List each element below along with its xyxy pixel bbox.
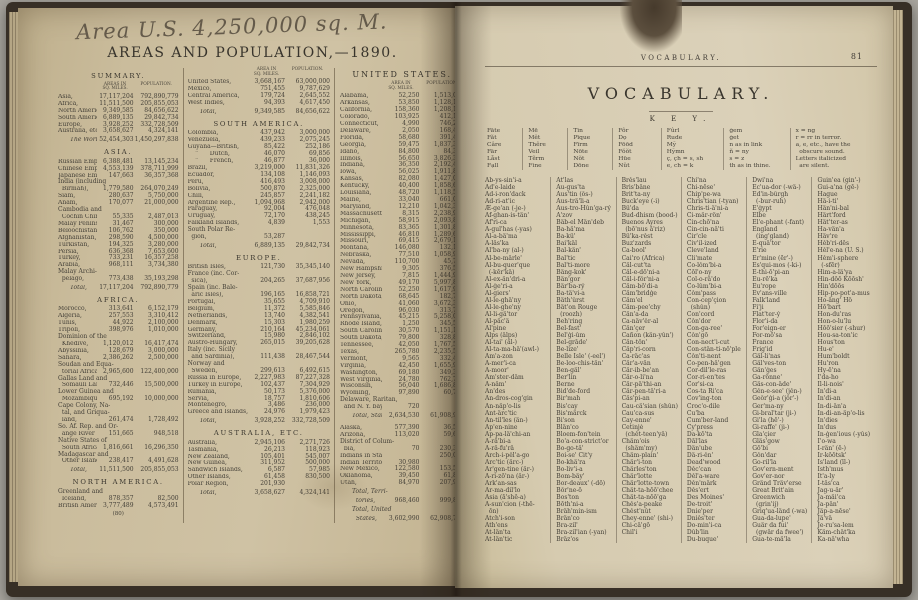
population-value: 122,400,000 — [134, 369, 179, 376]
vocab-entry: Af-ghan-is-tän' — [485, 212, 550, 219]
vocab-entry: Bud-dhism (bood-) — [622, 212, 681, 219]
vocab-entry: Dĕl'a-ware — [687, 473, 746, 480]
vocab-entry: Bräh'min-ism — [556, 508, 615, 515]
vocab-entry: Eu-rē'ka — [752, 276, 811, 283]
vocab-entry: Ad-i-ron'dack — [485, 191, 550, 198]
row-label: Rhode Island, — [340, 321, 382, 328]
row-label: Africa, — [58, 101, 97, 108]
vocab-entry: Al-ex-än'dri-a — [485, 276, 550, 283]
area-value: 3,658,627 — [97, 128, 134, 135]
vocab-entry: Cän'çer — [622, 325, 681, 332]
row-label: Tunis, — [58, 320, 97, 327]
vocab-entry: Al-tai' (äl-) — [485, 339, 550, 346]
area-value: 94,393 — [248, 100, 285, 107]
vocab-entry: Ġer'ma-ny — [752, 403, 811, 410]
vocab-entry: Flat'ter-ý — [752, 311, 811, 318]
vocab-column: Chi'naChi-nēse'Chip'pe-waChris'tian (-ty… — [681, 177, 746, 543]
area-value: 3,928,252 — [248, 418, 285, 425]
vocab-entry: Gui-a'na (gē-) — [817, 184, 876, 191]
table-row: Uruguay,72,170438,245 — [188, 213, 330, 220]
row-label: Kentucky, — [340, 183, 382, 190]
vocab-entry: Gän'ġes — [752, 367, 811, 374]
population-value: 36,357,368 — [134, 173, 179, 180]
vocab-entry: Cau'ca-sus — [622, 410, 681, 417]
column-united-states: UNITED STATES.AREA IN SQ. MILES.POPULATI… — [335, 68, 464, 523]
vocab-entry: Cäl-cut'ta — [622, 262, 681, 269]
vocab-entry: Cir'cle — [687, 233, 746, 240]
vocab-entry: Cor-ri-en'tes — [687, 374, 746, 381]
row-label: West Indies, — [188, 100, 248, 107]
vocab-entry: (shŭn) — [687, 304, 746, 311]
row-label: Iceland, — [58, 496, 97, 503]
vocab-entry: Ap'en-nine — [485, 424, 550, 431]
vocab-entry: Cäm-bō'di-a — [622, 283, 681, 290]
vocab-entry: Great Brit'ain — [752, 487, 811, 494]
key-entry: Hỹmn — [667, 149, 724, 156]
key-entry: th as in thine. — [729, 163, 789, 170]
vocab-entry: Hin-dōō Kōōsh' — [817, 276, 876, 283]
vocab-entry: Bär'ba-rý — [556, 283, 615, 290]
vocab-entry: Dniĕs'ter — [687, 515, 746, 522]
vocab-entry: Cär'a-vän — [622, 360, 681, 367]
row-label: Guyana—British, — [188, 144, 248, 151]
vocab-entry: Bü'da — [622, 205, 681, 212]
area-header: AREA IN SQ. MILES. — [382, 82, 419, 91]
vocab-entry: I'o-wa — [817, 438, 876, 445]
row-label: Beloochistan, — [58, 228, 97, 235]
row-label: California, — [340, 107, 382, 114]
row-label: Indiana, — [340, 162, 382, 169]
row-label: pelago, — [58, 276, 97, 283]
page-number: 81 — [851, 52, 863, 61]
row-label: Bolivia, — [188, 186, 248, 193]
row-label: ” French, — [188, 158, 248, 165]
key-entry: Făt — [487, 135, 522, 142]
vocab-entry: Gäl-li'nas — [752, 353, 811, 360]
key-entry: Fāte — [487, 128, 522, 135]
vocab-entry: Co-pen-hä'gen — [687, 360, 746, 367]
table-row: The World,52,454,3031,450,297,838 — [58, 137, 179, 144]
vocab-entry: Bōth'ni-a — [556, 501, 615, 508]
vocab-entry: Jä'vä — [817, 515, 876, 522]
row-label: Venezuela, — [188, 137, 248, 144]
population-value: 205,855,053 — [134, 467, 179, 474]
vocab-entry: El'e-phant (-fant) — [752, 219, 811, 226]
vocab-entry: Cli'mate — [687, 255, 746, 262]
torn-cover-spot — [620, 0, 682, 52]
row-label: Denmark, — [188, 320, 248, 327]
vocab-entry: Chĕst'nŭt — [622, 508, 681, 515]
row-label: Morocco, — [58, 306, 97, 313]
table-row: Other Islands,238,4174,491,628 — [58, 458, 179, 465]
vocab-entry: Be-loo-chis-tän' — [556, 360, 615, 367]
row-label: British America, — [58, 503, 97, 510]
vocab-entry: Chris-ti-ä'ni-a — [687, 205, 746, 212]
key-column: MēMĕtThêreVeilTẽrmFine — [522, 128, 567, 170]
vocab-entry: Chip'pe-wa — [687, 191, 746, 198]
vocab-entry: I-rän' (ē-) — [817, 445, 876, 452]
population-value: 1,553 — [285, 220, 330, 227]
area-value: 121,730 — [248, 264, 285, 271]
area-value: 3,602,990 — [382, 516, 419, 523]
table-row: States,3,602,99062,908,750 — [340, 516, 464, 523]
vocab-entry: Al-päc'ä — [485, 318, 550, 325]
row-label: Total, — [188, 490, 248, 497]
area-value: 4,839 — [248, 220, 285, 227]
vocab-entry: Bel-fast' — [556, 325, 615, 332]
vocab-entry: (ing'gland) — [752, 233, 811, 240]
key-entry: Fûrl — [667, 128, 724, 135]
vocab-entry: In-di-an-äp'o-lis — [817, 410, 876, 417]
vocab-entry: Jag-u-är' — [817, 487, 876, 494]
vocab-entry: Berne — [556, 381, 615, 388]
vocab-entry: Greenwich — [752, 494, 811, 501]
vocab-entry: Er'mine (ẽr'-) — [752, 255, 811, 262]
vocab-entry: Be-lize' — [556, 346, 615, 353]
vocab-entry: Ca-näv'ĕr-al — [622, 318, 681, 325]
row-label: Oregon, — [340, 308, 382, 315]
vocab-entry: Buck'eye (-i) — [622, 198, 681, 205]
vocab-entry: Cŏn'gō — [687, 332, 746, 339]
vocab-entry: Cŏm'pass — [687, 290, 746, 297]
vocab-entry: E-quä'tor — [752, 240, 811, 247]
row-label: Servia, — [188, 396, 248, 403]
population-value: 35,193,298 — [134, 276, 179, 283]
population-value: 1,450,297,838 — [134, 137, 179, 144]
row-label: New Zealand, — [188, 454, 248, 461]
vocab-entry: Con-ga-ree' — [687, 325, 746, 332]
row-label: Maryland, — [340, 204, 382, 211]
spacer — [58, 83, 97, 92]
page-title-areas-population: AREAS AND POPULATION,—1890. — [58, 45, 447, 61]
vocab-entry: Bäth'ûrst — [556, 297, 615, 304]
column-headers: AREA IN SQ. MILES.POPULATION. — [188, 68, 330, 77]
vocab-entry: Atch'i-son — [485, 515, 550, 522]
vocab-entry: Hou-sa-ton'ic — [817, 332, 876, 339]
population-value: 10,000,000 — [134, 396, 179, 403]
population-value: 948,518 — [134, 431, 179, 438]
area-value: 84,970 — [382, 480, 419, 487]
table-row: West Indies,94,3934,617,450 — [188, 100, 330, 107]
section-heading: AFRICA. — [58, 296, 179, 304]
population-value: 332,728,509 — [285, 418, 330, 425]
row-label: Nevada, — [340, 259, 382, 266]
key-entry: Tẽrm — [528, 156, 567, 163]
vocab-entry: Af'ri-ca — [485, 219, 550, 226]
area-value: 53,287 — [248, 234, 285, 241]
vocab-entry: Bir'mah — [556, 395, 615, 402]
vocab-entry: Bal'tic — [556, 255, 615, 262]
page-stain — [298, 463, 368, 511]
row-label: New Jersey, — [340, 273, 382, 280]
vocab-entry: Do-min'i-ca — [687, 522, 746, 529]
row-label: Polar Region, — [188, 481, 248, 488]
vocab-entry: Con'cord — [687, 311, 746, 318]
vocab-entry: Cäp'ri-corn — [622, 346, 681, 353]
vocab-entry: Cär-ib-be'an — [622, 367, 681, 374]
row-label: Montenegro, — [188, 402, 248, 409]
vocab-entry: Bäb-el Män'deb — [556, 219, 615, 226]
row-label: Rumania, — [188, 389, 248, 396]
key-entry: ñ = ny — [729, 149, 789, 156]
row-label: Uruguay, — [188, 213, 248, 220]
row-label: Total, — [188, 243, 248, 250]
vocab-entry: Dnie'per — [687, 508, 746, 515]
stat-columns: SUMMARY.AREAS IN SQ. MILES.POPULATION.As… — [58, 68, 447, 523]
vocab-entry: Cos-ta Ri'ca — [687, 388, 746, 395]
key-entry: x = ng — [796, 128, 877, 135]
vocab-entry: Ba-hä'ma — [556, 226, 615, 233]
vocab-entry: Ap-pa-lä'chi-an — [485, 431, 550, 438]
row-label: Kansas, — [340, 176, 382, 183]
vocab-entry: Ad-ri-at'ic — [485, 198, 550, 205]
key-entry: Fōōd — [618, 142, 660, 149]
key-entry: Rude — [667, 135, 724, 142]
row-label: Idaho, — [340, 149, 382, 156]
vocab-entry: Arc'tic (ärc-) — [485, 459, 550, 466]
area-value: 265,015 — [248, 340, 285, 347]
population-value: 2,500,000 — [134, 355, 179, 362]
vocab-entry: (grin'ij) — [752, 501, 811, 508]
row-label: Turkistan, — [58, 242, 97, 249]
vocab-entry: Elbe — [752, 212, 811, 219]
vocab-entry: Chi-nēse' — [687, 184, 746, 191]
vocab-entry: Al-li-gä'tor — [485, 311, 550, 318]
area-value: 3,658,627 — [248, 490, 285, 497]
vocab-entry: In'dies — [817, 417, 876, 424]
table-row: Total,6,889,13529,842,734 — [188, 243, 330, 250]
vocab-entry: For'eign-er — [752, 325, 811, 332]
row-label: Chili, — [188, 193, 248, 200]
population-value: 4,617,450 — [285, 100, 330, 107]
vocab-entry: Bom-bäy' — [556, 473, 615, 480]
table-row: Total,3,928,252332,728,509 — [188, 418, 330, 425]
vocab-entry: Am'ster-däm — [485, 374, 550, 381]
vocab-column: Ab-ys-sin'i-aAd'e-laideAd-i-ron'dackAd-r… — [485, 177, 550, 543]
column-headers: AREA IN SQ. MILES.POPULATION. — [340, 82, 464, 91]
vocab-entry: Ġeôr'ġi-a (jôr'-) — [752, 395, 811, 402]
row-label: Greece and Islands, — [188, 409, 248, 416]
vocab-entry: Hum'boldt — [817, 353, 876, 360]
population-value: 4,324,141 — [134, 128, 179, 135]
vocab-entry: Cär-pen-tä'ri-a — [622, 388, 681, 395]
area-value: 70 — [382, 446, 419, 453]
section-heading: ASIA. — [58, 148, 179, 156]
vocab-entry: Ga-rönne' — [752, 374, 811, 381]
row-label: Total, States, — [340, 413, 382, 420]
vocab-entry: Guin'ea (gin'-) — [817, 177, 876, 184]
row-label: Mississippi, — [340, 232, 382, 239]
vocab-entry: Bo-liv'i-a — [556, 466, 615, 473]
vocab-entry: Asia (ā'shē-a) — [485, 494, 550, 501]
population-value: 28,467,544 — [285, 354, 330, 361]
vocab-entry: (-bur-ruh) — [752, 198, 811, 205]
vocab-entry: A-moor' — [485, 367, 550, 374]
row-label: Ohio, — [340, 301, 382, 308]
vocab-entry: Cay-enne' — [622, 417, 681, 424]
vocab-entry: Gläs'gow — [752, 438, 811, 445]
vocab-entry: Ca-räc'as — [622, 353, 681, 360]
vocab-entry: An-dros-cog'gin — [485, 395, 550, 402]
vocab-entry: Al-le-ghä'ny — [485, 297, 550, 304]
vocab-entry: Gäs-con-äde' — [752, 381, 811, 388]
vocab-entry: A'zov — [556, 212, 615, 219]
vocab-entry: An-näp'o-lis — [485, 403, 550, 410]
row-label: Montana, — [340, 245, 382, 252]
vocab-entry: Ġĕn-e-see' (jĕn-) — [752, 388, 811, 395]
area-header: AREAS IN SQ. MILES. — [97, 83, 134, 92]
vocab-entry: In'di-an — [817, 395, 876, 402]
table-row: Total, States,2,634,53061,908,906 — [340, 413, 464, 420]
population-value: 792,890,779 — [134, 285, 179, 292]
vocab-entry: Cetinjè — [622, 424, 681, 431]
population-header: POPULATION. — [134, 83, 179, 92]
vocab-entry: Griq'ua-länd (-wa) — [752, 508, 811, 515]
vocab-entry: Dän'ube — [687, 445, 746, 452]
vocab-entry: Bi'son — [556, 417, 615, 424]
vocab-entry: Gua-da-lupe' — [752, 515, 811, 522]
vocab-entry: Cäm'bridġe — [622, 290, 681, 297]
vocab-entry: Da-kō'ta — [687, 431, 746, 438]
population-value: 21,000,000 — [134, 200, 179, 207]
vocab-entry: For-mō'sa — [752, 332, 811, 339]
vocab-entry: Bid'de-ford — [556, 388, 615, 395]
vocab-entry: Chäm-plain' — [622, 452, 681, 459]
vocab-entry: Frig'id — [752, 346, 811, 353]
population-value: 15,500,000 — [134, 382, 179, 389]
row-label: Louisiana, — [340, 190, 382, 197]
vocab-entry: Härt'ford — [817, 212, 876, 219]
vocab-entry: France — [752, 339, 811, 346]
vocab-entry: Ar-ma-dil'lo — [485, 487, 550, 494]
vocab-entry: Arch-i-pĕl'a-go — [485, 452, 550, 459]
vocab-entry: Ja-mäi'ca — [817, 494, 876, 501]
key-entry: Låst — [487, 156, 522, 163]
vocab-entry: (shäm'my) — [622, 445, 681, 452]
vocab-entry: Dĕn'märk — [687, 480, 746, 487]
vocab-entry: Bo-go-tä' — [556, 445, 615, 452]
key-heading: K E Y. — [485, 115, 877, 123]
vocab-entry: Dĕc'can — [687, 466, 746, 473]
area-value: 170,077 — [97, 200, 134, 207]
key-entry: Thêre — [528, 142, 567, 149]
row-label: New Hampshire, — [340, 266, 382, 273]
vocab-entry: Je-ru'sa-lem — [817, 522, 876, 529]
key-entry: Fär — [487, 149, 522, 156]
row-label: Australia, etc., — [58, 128, 97, 135]
row-label: Tasmania, — [188, 447, 248, 454]
vocab-entry: (-sfēr) — [817, 262, 876, 269]
vocabulary-columns: Ab-ys-sin'i-aAd'e-laideAd-i-ron'dackAd-r… — [485, 177, 877, 543]
vocab-entry: A-mer'i-ca — [485, 360, 550, 367]
vocab-entry: Häv're — [817, 233, 876, 240]
row-label: Paraguay, — [188, 206, 248, 213]
row-label: gion, — [188, 234, 248, 241]
right-page-content: VOCABULARY. 81 VOCABULARY. K E Y. FāteFă… — [455, 6, 893, 588]
vocab-entry: Blän'co — [556, 424, 615, 431]
vocab-entry: Al'pine — [485, 325, 550, 332]
row-label: Alabama, — [340, 93, 382, 100]
vocab-entry: Cum'ber-land — [687, 417, 746, 424]
vocab-entry: Hōō'sier (-shur) — [817, 325, 876, 332]
vocab-entry: A-näm' — [485, 381, 550, 388]
population-value: 4,573,491 — [134, 503, 179, 510]
left-page-content: Area U.S. 4,250,000 sq. M. AREAS AND POP… — [18, 8, 455, 586]
vocab-entry: In'di-a — [817, 388, 876, 395]
vocab-entry: Brĕs'lau — [622, 177, 681, 184]
row-label: Florida, — [340, 135, 382, 142]
key-entry: Fŏŏt — [618, 149, 660, 156]
row-label: Nebraska, — [340, 252, 382, 259]
vocab-entry: Eu'rope — [752, 283, 811, 290]
vocab-entry: Him-a-lä'ya — [817, 269, 876, 276]
vocab-entry: Il-li-nois' — [817, 381, 876, 388]
vocab-entry: Ev'ans-ville — [752, 290, 811, 297]
key-entry: Dōne — [573, 163, 612, 170]
area-value: 9,349,585 — [248, 109, 285, 116]
row-label: Belgium, — [188, 306, 248, 313]
vocab-entry: Bôr'ne-ō — [556, 487, 615, 494]
section-heading: NORTH AMERICA. — [58, 478, 179, 486]
row-label: Colombia, — [188, 130, 248, 137]
vocab-entry: Ant-ärc'tic — [485, 410, 550, 417]
vocab-entry: Aus-trä'li-a — [556, 198, 615, 205]
row-label: Massachusetts, — [340, 211, 382, 218]
vocab-entry: Dŭb'lin — [687, 529, 746, 536]
table-row-wrap: Delaware, Raritan, — [340, 397, 464, 404]
spacer — [340, 82, 382, 91]
row-label: aric Isles), — [188, 292, 248, 299]
row-label: Delaware, — [340, 128, 382, 135]
row-label: Minnesota, — [340, 225, 382, 232]
vocab-entry: In-ġen'ious (-yŭs) — [817, 431, 876, 438]
vocab-entry: Ba-kü' — [556, 233, 615, 240]
section-heading: SUMMARY. — [58, 72, 179, 80]
vocab-entry: Ad'e-laide — [485, 184, 550, 191]
vocab-entry: Al-bu-quer'que — [485, 262, 550, 269]
row-label: Total, — [188, 418, 248, 425]
vocab-entry: Dwi'na — [752, 177, 811, 184]
key-entry: ġem — [729, 128, 789, 135]
vocab-entry: Co-lŭm'bi-a — [687, 283, 746, 290]
vocab-entry: Cau-cä'sian (shŭn) — [622, 403, 681, 410]
vocab-entry: (bō'nus ā'riz) — [622, 226, 681, 233]
row-label: Total, — [188, 109, 248, 116]
vocab-entry: Ar'gen-tine (är-) — [485, 466, 550, 473]
vocab-entry: Chris'tian (-tyan) — [687, 198, 746, 205]
area-value: 773,438 — [97, 276, 134, 283]
row-label: South Dakota, — [340, 335, 382, 342]
key-entry: e, ch = k — [667, 163, 724, 170]
vocab-entry: Hĕb'ri-dēs — [817, 240, 876, 247]
vocab-entry: Dăl'las — [687, 438, 746, 445]
vocab-entry: Chär'lotte-town — [622, 480, 681, 487]
vocab-entry: Bel-grāde' — [556, 339, 615, 346]
vocab-entry: De-troit' — [687, 501, 746, 508]
vocab-entry: Beh'ring — [556, 318, 615, 325]
vocab-entry: Hon-du'ras — [817, 311, 876, 318]
area-value: 52,454,303 — [97, 137, 134, 144]
section-heading: SOUTH AMERICA. — [188, 120, 330, 128]
area-header: AREA IN SQ. MILES. — [248, 68, 285, 77]
vocab-entry: Al-giers' — [485, 290, 550, 297]
key-entry: Dọ — [618, 135, 660, 142]
row-label: The World, — [58, 137, 97, 144]
area-value: 111,438 — [248, 354, 285, 361]
vocab-entry: Bra-zil' — [556, 522, 615, 529]
vocab-entry: Hō'bart — [817, 304, 876, 311]
area-value: 11,511,500 — [97, 467, 134, 474]
